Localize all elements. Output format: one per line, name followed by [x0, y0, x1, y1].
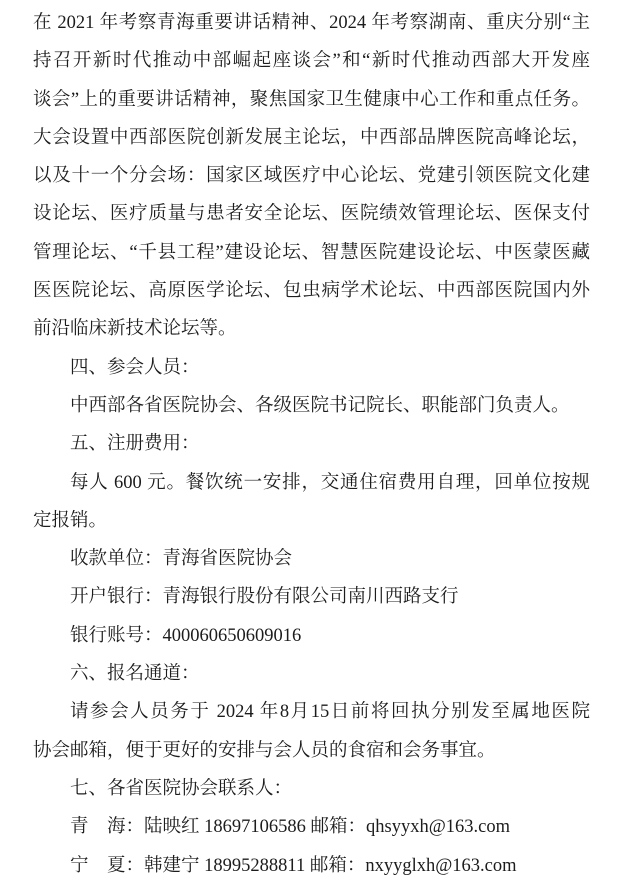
- body-paragraph-line: 持召开新时代推动中部崛起座谈会”和“新时代推动西部大开发座: [33, 42, 590, 80]
- body-paragraph-line: 大会设置中西部医院创新发展主论坛，中西部品牌医院高峰论坛，: [33, 119, 590, 157]
- account-number-line: 银行账号：400060650609016: [33, 617, 590, 655]
- body-paragraph-line: 管理论坛、“千县工程”建设论坛、智慧医院建设论坛、中医蒙医藏: [33, 234, 590, 272]
- body-paragraph-line: 医医院论坛、高原医学论坛、包虫病学术论坛、中西部医院国内外: [33, 272, 590, 310]
- bank-line: 开户银行：青海银行股份有限公司南川西路支行: [33, 578, 590, 616]
- payee-line: 收款单位：青海省医院协会: [33, 540, 590, 578]
- registration-line: 请参会人员务于 2024 年8月15日前将回执分别发至属地医院: [33, 693, 590, 731]
- section-5-heading: 五、注册费用：: [33, 425, 590, 463]
- fee-line-continuation: 定报销。: [33, 502, 590, 540]
- section-7-heading: 七、各省医院协会联系人：: [33, 770, 590, 808]
- document-page: 在 2021 年考察青海重要讲话精神、2024 年考察湖南、重庆分别“主 持召开…: [0, 0, 622, 885]
- body-paragraph-line: 设论坛、医疗质量与患者安全论坛、医院绩效管理论坛、医保支付: [33, 195, 590, 233]
- fee-line: 每人 600 元。餐饮统一安排，交通住宿费用自理，回单位按规: [33, 464, 590, 502]
- registration-line-continuation: 协会邮箱，便于更好的安排与会人员的食宿和会务事宜。: [33, 732, 590, 770]
- body-paragraph-line: 谈会”上的重要讲话精神，聚焦国家卫生健康中心工作和重点任务。: [33, 81, 590, 119]
- body-paragraph-line: 以及十一个分会场：国家区域医疗中心论坛、党建引领医院文化建: [33, 157, 590, 195]
- body-paragraph-line: 前沿临床新技术论坛等。: [33, 310, 590, 348]
- section-4-heading: 四、参会人员：: [33, 349, 590, 387]
- section-6-heading: 六、报名通道：: [33, 655, 590, 693]
- body-paragraph-line: 在 2021 年考察青海重要讲话精神、2024 年考察湖南、重庆分别“主: [33, 4, 590, 42]
- contact-line-qinghai: 青 海：陆映红 18697106586 邮箱：qhsyyxh@163.com: [33, 808, 590, 846]
- contact-line-ningxia: 宁 夏：韩建宁 18995288811 邮箱：nxyyglxh@163.com: [33, 847, 590, 885]
- attendees-line: 中西部各省医院协会、各级医院书记院长、职能部门负责人。: [33, 387, 590, 425]
